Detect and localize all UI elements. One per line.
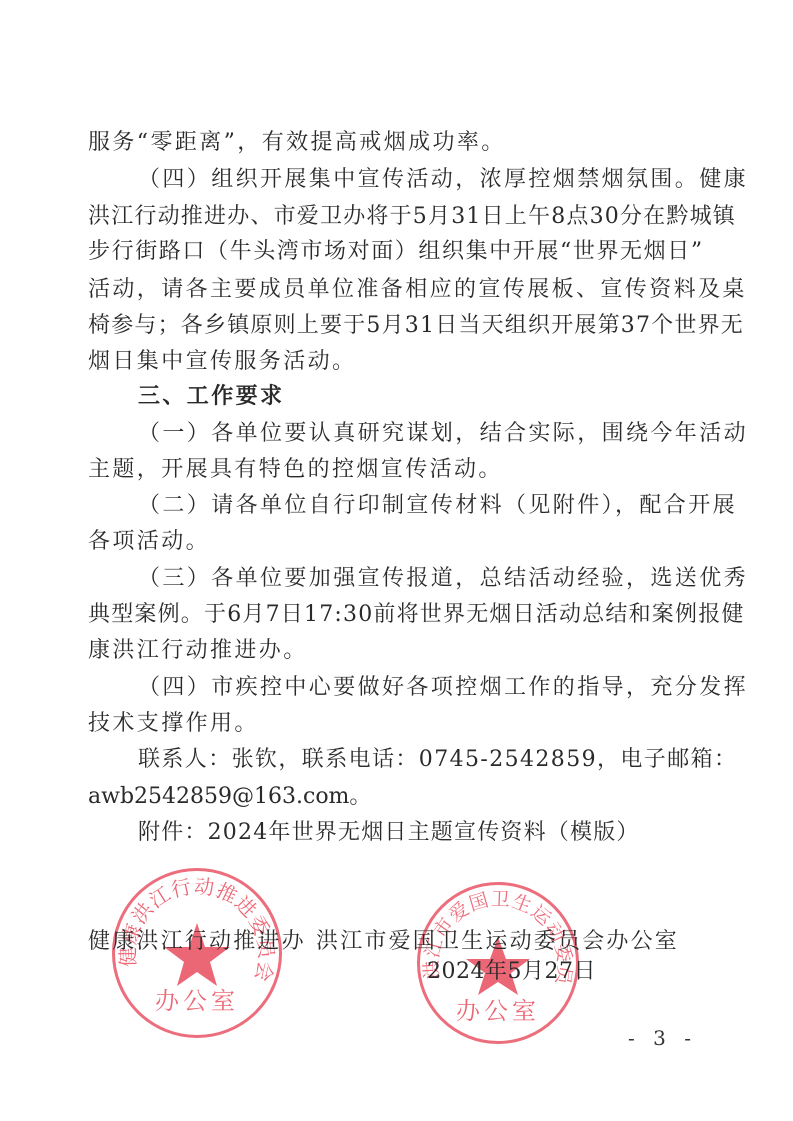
paragraph-line: 各项活动。: [88, 528, 680, 556]
contact-line: 联系人：张钦，联系电话：0745-2542859，电子邮箱：: [138, 746, 680, 774]
paragraph-line: 典型案例。于6月7日17:30前将世界无烟日活动总结和案例报健: [88, 601, 680, 629]
seal-office-text: 办公室: [420, 991, 576, 1026]
requirement-1-line: （一）各单位要认真研究谋划，结合实际，围绕今年活动: [138, 420, 680, 448]
paragraph-line: 服务“零距离”，有效提高戒烟成功率。: [88, 129, 680, 157]
document-page: 服务“零距离”，有效提高戒烟成功率。 （四）组织开展集中宣传活动，浓厚控烟禁烟氛…: [0, 0, 793, 1121]
paragraph-line: 洪江行动推进办、市爱卫办将于5月31日上午8点30分在黔城镇: [88, 203, 680, 231]
paragraph-line: 技术支撑作用。: [88, 710, 680, 738]
section-heading-work-requirements: 三、工作要求: [138, 383, 680, 411]
paragraph-line: 步行街路口（牛头湾市场对面）组织集中开展“世界无烟日”: [88, 238, 680, 266]
requirement-4-line: （四）市疾控中心要做好各项控烟工作的指导，充分发挥: [138, 674, 680, 702]
paragraph-line: 主题，开展具有特色的控烟宣传活动。: [88, 456, 680, 484]
signature-left-org: 健康洪江行动推进办: [88, 928, 306, 956]
section-4-heading-line: （四）组织开展集中宣传活动，浓厚控烟禁烟氛围。健康: [138, 166, 680, 194]
contact-email: awb2542859@163.com。: [88, 783, 680, 811]
signature-date: 2024年5月27日: [427, 958, 596, 986]
requirement-3-line: （三）各单位要加强宣传报道，总结活动经验，选送优秀: [138, 565, 680, 593]
page-number: - 3 -: [628, 1026, 697, 1050]
paragraph-line: 活动，请各主要成员单位准备相应的宣传展板、宣传资料及桌: [88, 276, 680, 304]
attachment-line: 附件：2024年世界无烟日主题宣传资料（模版）: [138, 819, 680, 847]
paragraph-line: 烟日集中宣传服务活动。: [88, 348, 680, 376]
signature-right-org: 洪江市爱国卫生运动委员会办公室: [316, 928, 679, 956]
paragraph-line: 椅参与；各乡镇原则上要于5月31日当天组织开展第37个世界无: [88, 312, 680, 340]
seal-office-text: 办公室: [115, 981, 279, 1016]
requirement-2-line: （二）请各单位自行印制宣传材料（见附件），配合开展: [138, 492, 680, 520]
paragraph-line: 康洪江行动推进办。: [88, 637, 680, 665]
